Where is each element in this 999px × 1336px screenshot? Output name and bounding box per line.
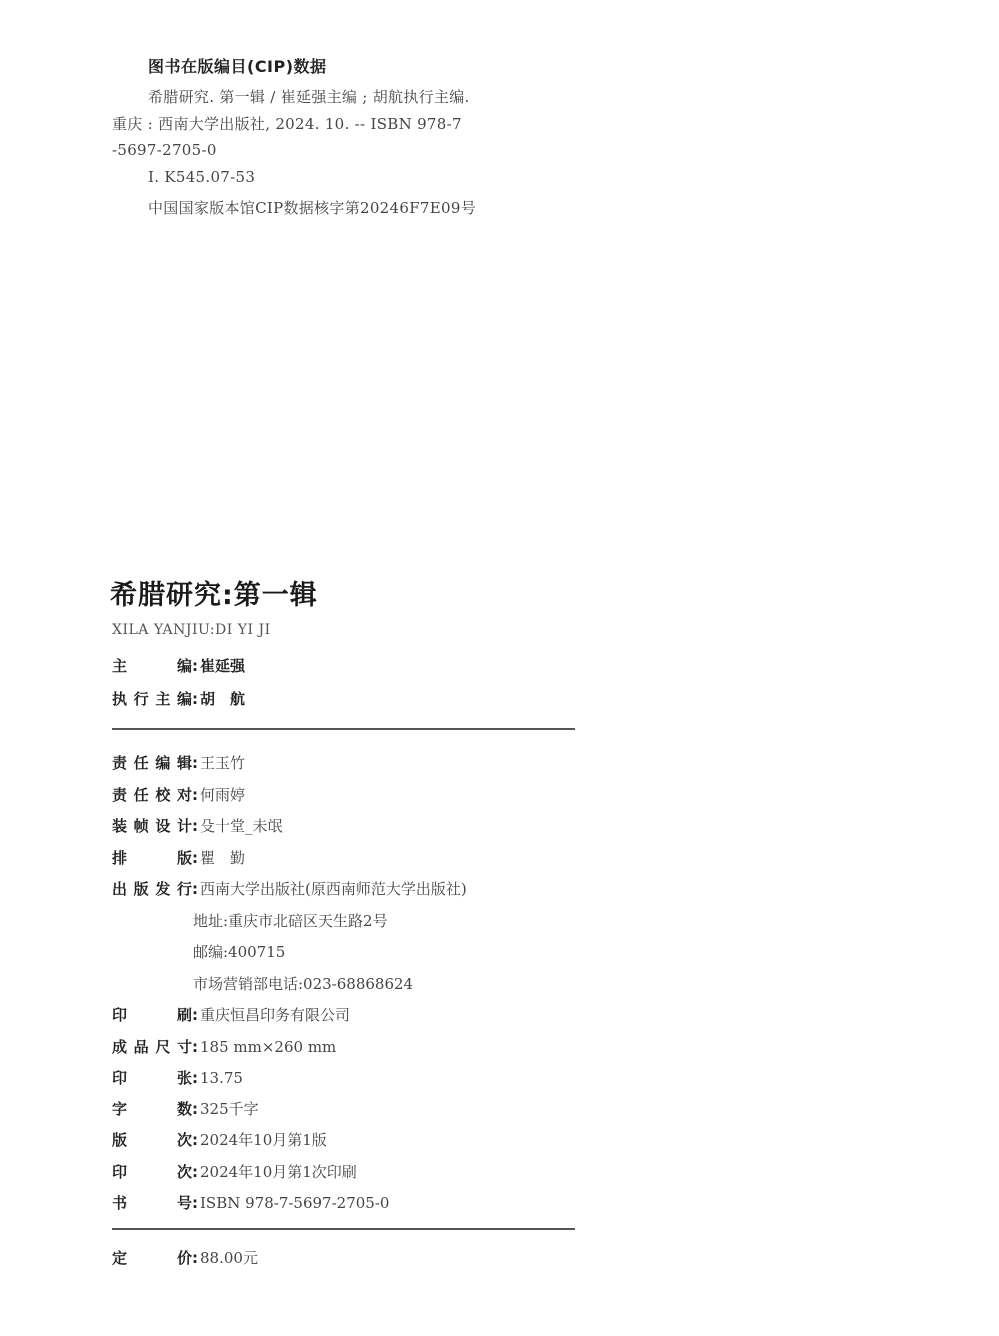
- editor-in-chief-value: 崔延强: [200, 655, 245, 676]
- cip-line-isbn-cont: -5697-2705-0: [112, 141, 217, 159]
- executive-editor-value: 胡 航: [200, 688, 245, 709]
- executive-editor-label: 执行主编: [112, 688, 192, 709]
- book-title: 希腊研究:第一辑: [110, 573, 318, 612]
- spec-row: 印张:13.75: [112, 1067, 243, 1088]
- executive-editor-row: 执行主编:胡 航: [112, 688, 245, 709]
- cip-line-publisher: 重庆 : 西南大学出版社, 2024. 10. -- ISBN 978-7: [112, 113, 462, 134]
- cip-heading: 图书在版编目(CIP)数据: [148, 54, 327, 77]
- spec-row: 书号:ISBN 978-7-5697-2705-0: [112, 1192, 389, 1213]
- price-label: 定价: [112, 1247, 192, 1268]
- spec-row: 版次:2024年10月第1版: [112, 1129, 327, 1150]
- detail-row: 排版:瞿 勤: [112, 847, 245, 868]
- detail-row: 责任编辑:王玉竹: [112, 752, 245, 773]
- spec-row: 印次:2024年10月第1次印刷: [112, 1161, 357, 1182]
- divider-top: [112, 728, 575, 730]
- detail-row: 出版发行:西南大学出版社(原西南师范大学出版社): [112, 878, 467, 899]
- cip-line-verification: 中国国家版本馆CIP数据核字第20246F7E09号: [148, 197, 476, 218]
- publisher-postcode: 邮编:400715: [193, 941, 285, 962]
- cip-line-classification: Ⅰ. K545.07-53: [148, 168, 255, 186]
- publisher-address: 地址:重庆市北碚区天生路2号: [193, 910, 388, 931]
- detail-row: 装帧设计:殳十堂_未氓: [112, 815, 283, 836]
- price-row: 定价:88.00元: [112, 1247, 258, 1268]
- editor-in-chief-label: 主编: [112, 655, 192, 676]
- editor-in-chief-row: 主编:崔延强: [112, 655, 245, 676]
- detail-row: 责任校对:何雨婷: [112, 784, 245, 805]
- spec-row: 字数:325千字: [112, 1098, 259, 1119]
- price-value: 88.00元: [200, 1247, 258, 1268]
- spec-row: 印刷:重庆恒昌印务有限公司: [112, 1004, 350, 1025]
- spec-row: 成品尺寸:185 mm×260 mm: [112, 1036, 336, 1057]
- divider-bottom: [112, 1228, 575, 1230]
- book-pinyin-title: XILA YANJIU:DI YI JI: [112, 622, 271, 638]
- cip-line-title: 希腊研究. 第一辑 / 崔延强主编 ; 胡航执行主编.: [148, 86, 470, 107]
- publisher-phone: 市场营销部电话:023-68868624: [193, 973, 413, 994]
